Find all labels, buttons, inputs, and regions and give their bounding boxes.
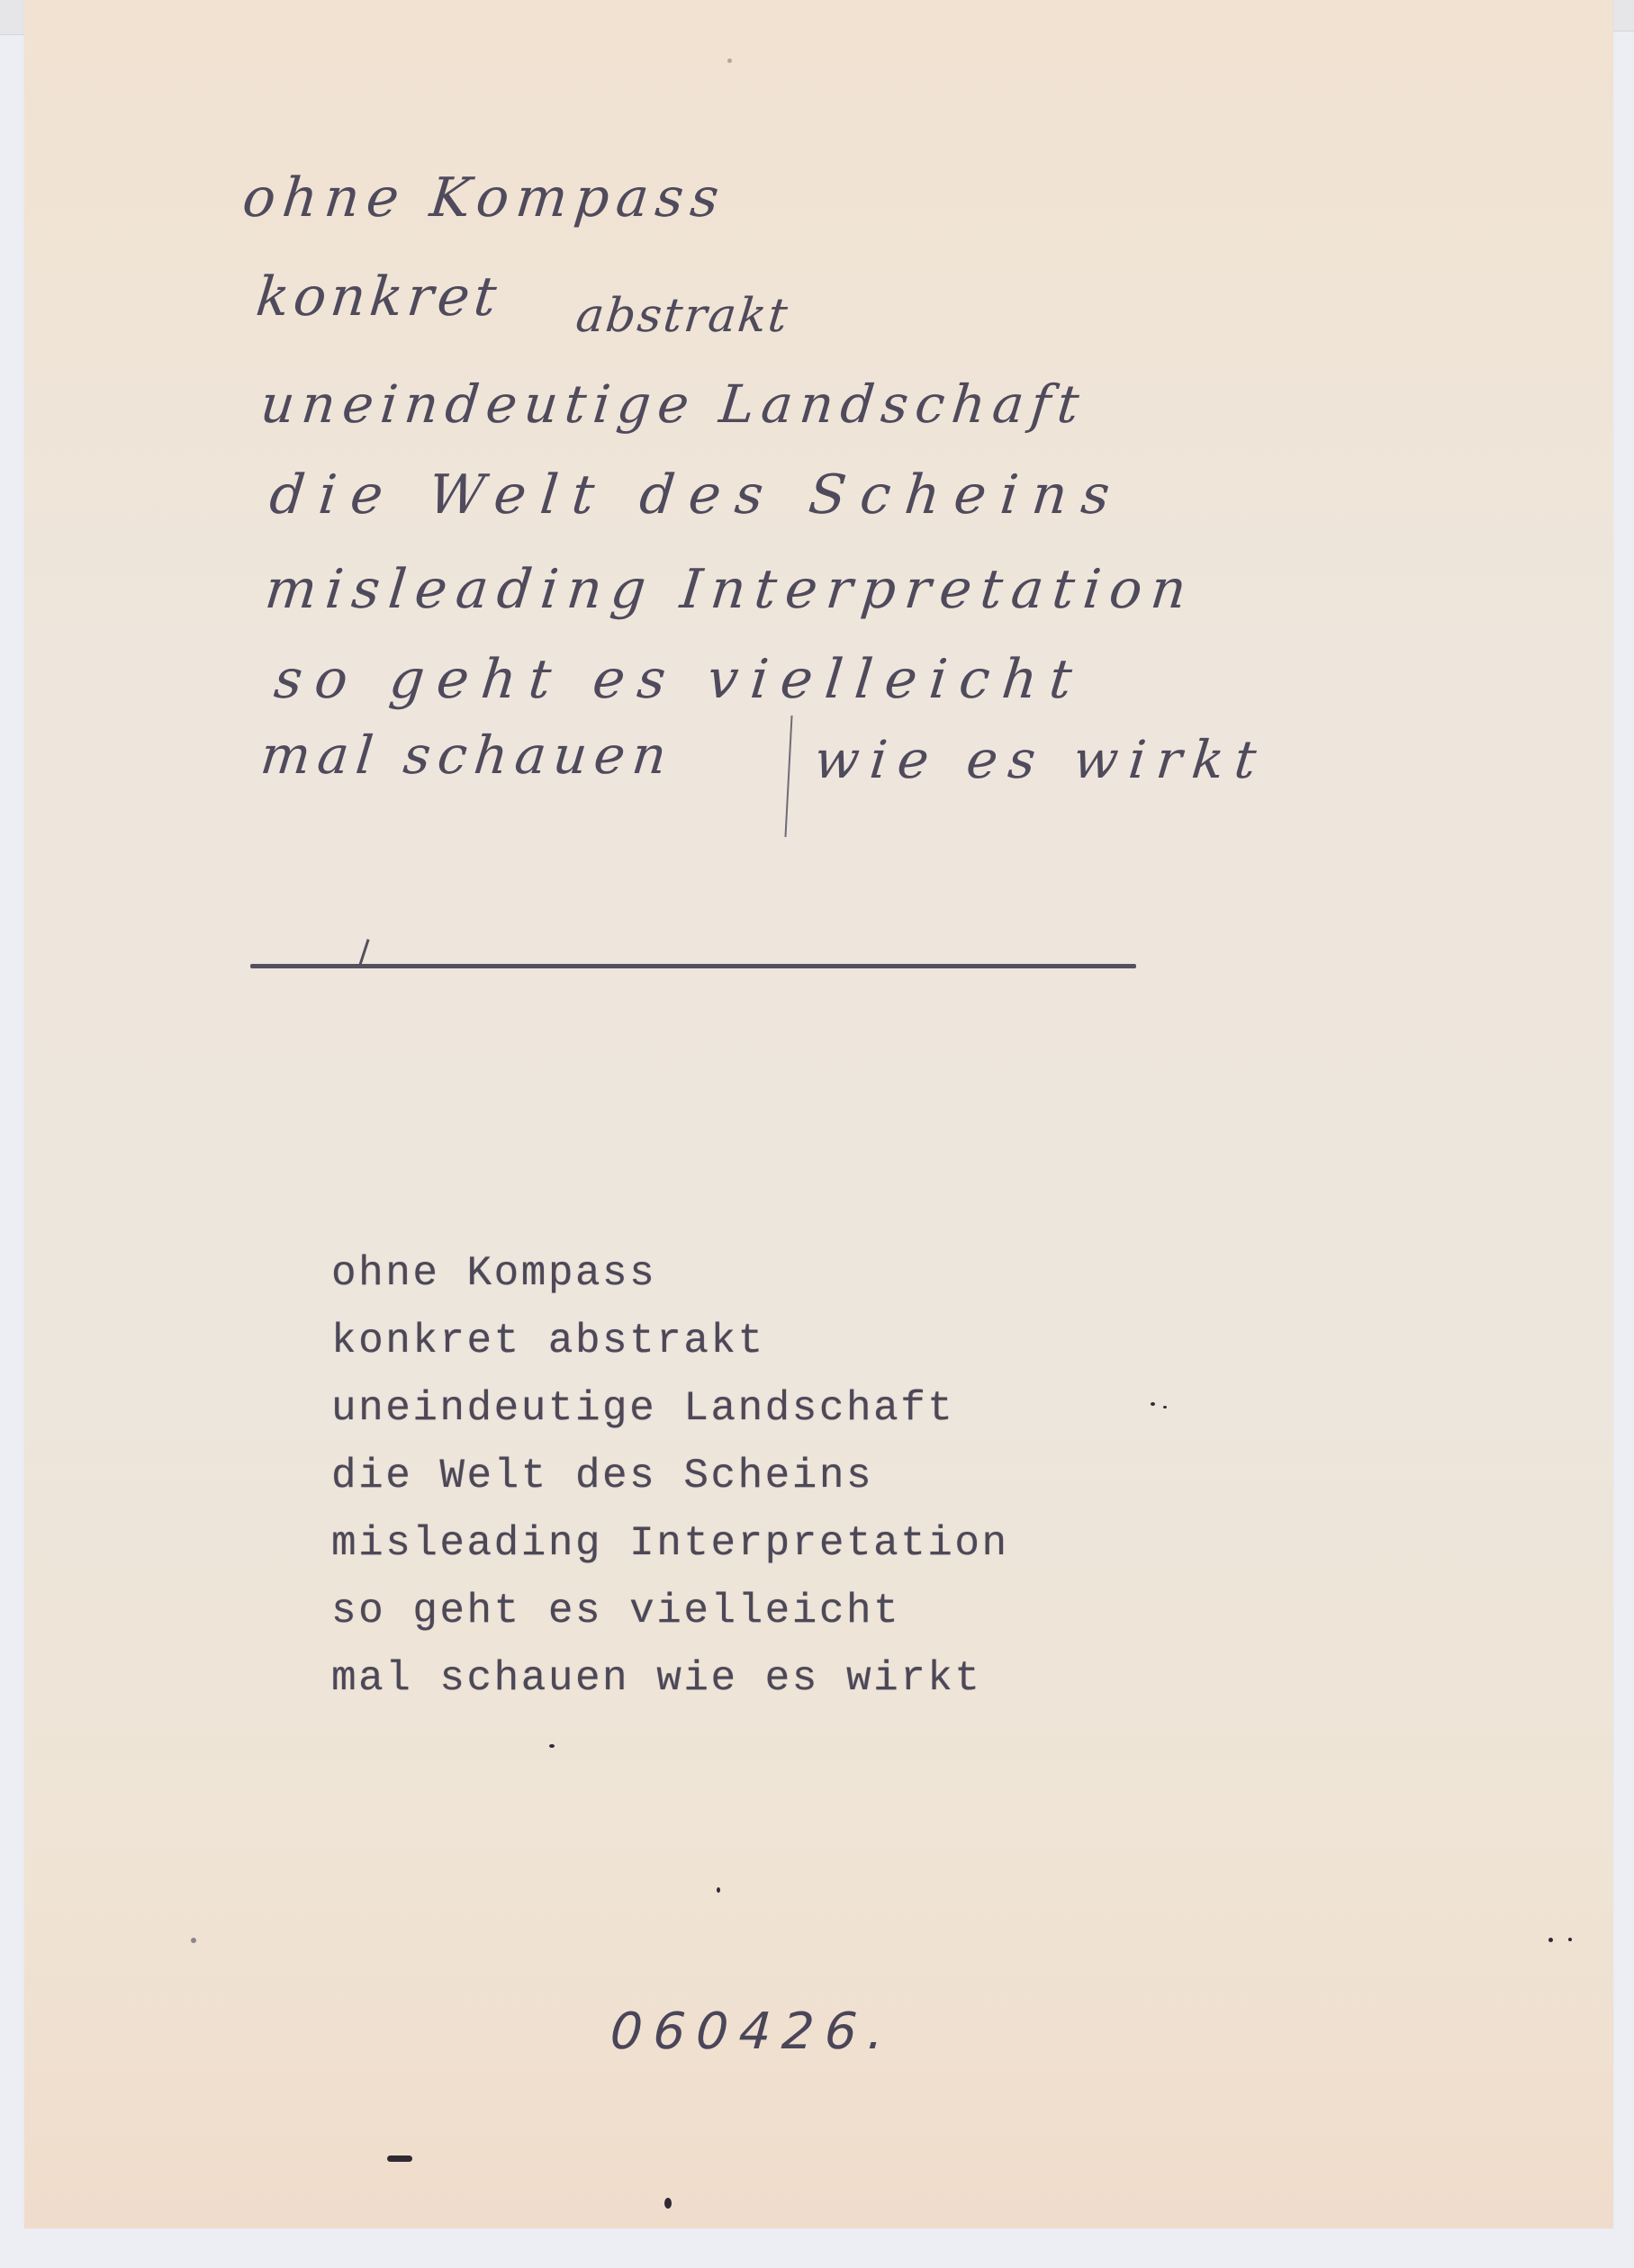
handwritten-line: ohne Kompass <box>240 171 728 225</box>
typed-line: die Welt des Scheins <box>331 1443 1009 1510</box>
paper-speck <box>549 1744 555 1748</box>
typed-line: ohne Kompass <box>331 1240 1009 1308</box>
paper-speck <box>1548 1938 1553 1942</box>
date-code: 060426. <box>609 2002 897 2061</box>
typed-line: konkret abstrakt <box>331 1308 1009 1375</box>
handwritten-line: mal schauen <box>258 729 676 781</box>
paper-speck <box>387 2155 412 2162</box>
separator-rule <box>250 964 1136 968</box>
paper-speck <box>1151 1402 1155 1406</box>
handwritten-line: wie es wirkt <box>812 733 1269 786</box>
paper-speck <box>1568 1938 1572 1941</box>
typed-line: mal schauen wie es wirkt <box>331 1645 1009 1713</box>
handwritten-line: konkret <box>254 270 503 324</box>
handwritten-line: die Welt des Scheins <box>267 468 1126 522</box>
paper-speck <box>1163 1406 1167 1408</box>
typed-line: uneindeutige Landschaft <box>331 1375 1009 1443</box>
paper-speck <box>664 2198 672 2209</box>
paper-speck <box>191 1938 196 1943</box>
typed-poem: ohne Kompass konkret abstrakt uneindeuti… <box>331 1240 1009 1713</box>
scanner-edge-right <box>1613 0 1634 31</box>
paper-speck <box>727 58 732 63</box>
handwritten-line: misleading Interpretation <box>263 562 1198 616</box>
handwritten-line: uneindeutige Landschaft <box>258 378 1088 430</box>
handwritten-line: abstrakt <box>573 292 791 339</box>
handwritten-line: so geht es vielleicht <box>272 652 1087 706</box>
scanner-edge-left <box>0 0 24 35</box>
paper-sheet <box>24 0 1613 2228</box>
typed-line: so geht es vielleicht <box>331 1578 1009 1645</box>
paper-speck <box>717 1887 720 1893</box>
typed-line: misleading Interpretation <box>331 1510 1009 1578</box>
